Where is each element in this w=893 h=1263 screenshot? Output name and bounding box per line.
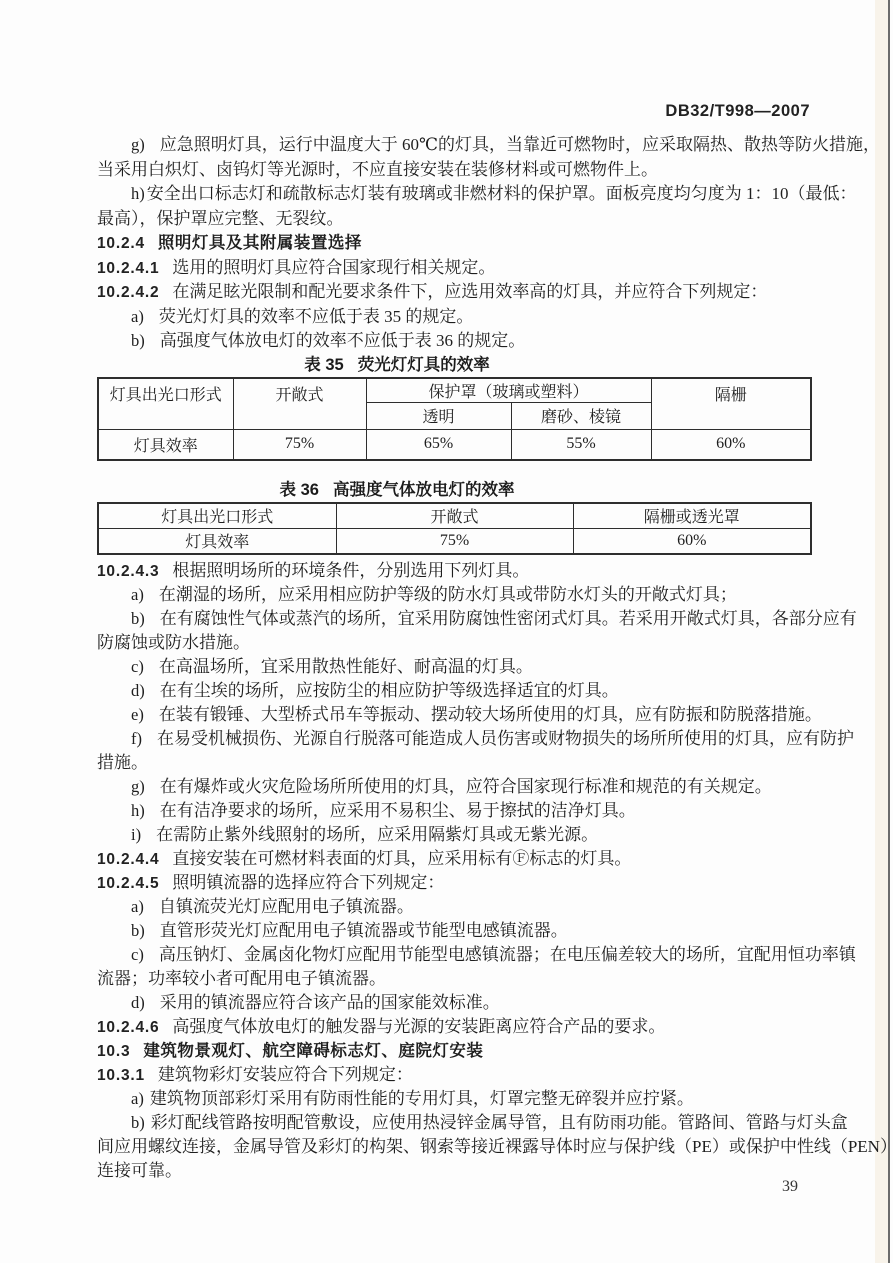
table-35-caption-title: 荧光灯灯具的效率 [358, 356, 490, 374]
line-text: 在有腐蚀性气体或蒸汽的场所，宜采用防腐蚀性密闭式灯具。若采用开敞式灯具，各部分应… [160, 609, 857, 628]
item-label: g) [131, 777, 145, 796]
line-text: 在装有锻锤、大型桥式吊车等振动、摆动较大场所使用的灯具，应有防振和防脱落措施。 [159, 705, 822, 724]
clause-paragraph: 10.2.4.1选用的照明灯具应符合国家现行相关规定。 [97, 256, 810, 281]
table-35-caption: 表 35荧光灯灯具的效率 [97, 354, 697, 376]
line-text: 在易受机械损伤、光源自行脱落可能造成人员伤害或财物损失的场所所使用的灯具，应有防… [157, 729, 854, 748]
line-text: 高压钠灯、金属卤化物灯应配用节能型电感镇流器；在电压偏差较大的场所，宜配用恒功率… [159, 945, 856, 964]
clause-paragraph: 10.2.4.6高强度气体放电灯的触发器与光源的安装距离应符合产品的要求。 [97, 1015, 810, 1039]
clause-number: 10.2.4 [97, 235, 145, 252]
table-36-header-form: 灯具出光口形式 [98, 503, 336, 529]
clause-number: 10.2.4.4 [97, 851, 159, 868]
clause-paragraph: 10.2.4.2在满足眩光限制和配光要求条件下，应选用效率高的灯具，并应符合下列… [97, 280, 810, 305]
list-item: c)在高温场所，宜采用散热性能好、耐高温的灯具。 [97, 655, 810, 679]
item-label: h) [131, 184, 145, 203]
section-heading: 10.2.4照明灯具及其附属装置选择 [97, 231, 810, 256]
body-mid: 10.2.4.3根据照明场所的环境条件，分别选用下列灯具。a)在潮湿的场所，应采… [97, 559, 810, 1183]
line-text: 最高），保护罩应完整、无裂纹。 [97, 209, 344, 228]
line-text: 在有尘埃的场所，应按防尘的相应防护等级选择适宜的灯具。 [160, 681, 619, 700]
page-number: 39 [782, 1178, 798, 1196]
section-heading: 10.3建筑物景观灯、航空障碍标志灯、庭院灯安装 [97, 1039, 810, 1063]
item-label: b) [131, 1113, 145, 1132]
list-item: b)彩灯配线管路按明配管敷设，应使用热浸锌金属导管，且有防雨功能。管路间、管路与… [97, 1111, 810, 1183]
line-text: 建筑物顶部彩灯采用有防雨性能的专用灯具，灯罩完整无碎裂并应拧紧。 [150, 1089, 694, 1108]
line-text: 直接安装在可燃材料表面的灯具，应采用标有Ⓕ标志的灯具。 [172, 849, 631, 868]
line-text: 防腐蚀或防水措施。 [97, 633, 250, 652]
table-row: 灯具效率 75% 65% 55% 60% [98, 429, 811, 460]
table-36-value-louver: 60% [573, 528, 811, 554]
document-content: g)应急照明灯具，运行中温度大于 60℃的灯具，当靠近可燃物时，应采取隔热、散热… [97, 133, 810, 1183]
clause-number: 10.2.4.2 [97, 284, 159, 301]
line-text: 在有爆炸或火灾危险场所所使用的灯具，应符合国家现行标准和规范的有关规定。 [160, 777, 772, 796]
list-item: c)高压钠灯、金属卤化物灯应配用节能型电感镇流器；在电压偏差较大的场所，宜配用恒… [97, 943, 810, 991]
table-35: 灯具出光口形式 开敞式 保护罩（玻璃或塑料） 隔栅 透明 磨砂、棱镜 灯具效率 … [97, 377, 812, 461]
clause-number: 10.2.4.5 [97, 875, 159, 892]
line-text: 在有洁净要求的场所，应采用不易积尘、易于擦拭的洁净灯具。 [160, 801, 636, 820]
list-item: a)建筑物顶部彩灯采用有防雨性能的专用灯具，灯罩完整无碎裂并应拧紧。 [97, 1087, 810, 1111]
line-text: 彩灯配线管路按明配管敷设，应使用热浸锌金属导管，且有防雨功能。管路间、管路与灯头… [151, 1113, 848, 1132]
line-text: 高强度气体放电灯的触发器与光源的安装距离应符合产品的要求。 [172, 1017, 665, 1036]
item-label: a) [131, 307, 144, 326]
list-item: b)高强度气体放电灯的效率不应低于表 36 的规定。 [97, 329, 810, 354]
list-item: h)安全出口标志灯和疏散标志灯装有玻璃或非燃材料的保护罩。面板亮度均匀度为 1：… [97, 182, 810, 231]
line-text: 选用的照明灯具应符合国家现行相关规定。 [172, 258, 495, 277]
document-page: DB32/T998—2007 g)应急照明灯具，运行中温度大于 60℃的灯具，当… [0, 0, 893, 1263]
clause-number: 10.2.4.6 [97, 1019, 159, 1036]
clause-paragraph: 10.2.4.4直接安装在可燃材料表面的灯具，应采用标有Ⓕ标志的灯具。 [97, 847, 810, 871]
clause-paragraph: 10.2.4.5照明镇流器的选择应符合下列规定： [97, 871, 810, 895]
list-item: h)在有洁净要求的场所，应采用不易积尘、易于擦拭的洁净灯具。 [97, 799, 810, 823]
line-text: 在需防止紫外线照射的场所，应采用隔紫灯具或无紫光源。 [156, 825, 598, 844]
table-36-caption: 表 36高强度气体放电灯的效率 [97, 479, 697, 501]
clause-number: 10.3.1 [97, 1067, 145, 1084]
clause-number: 10.2.4.1 [97, 260, 159, 277]
list-item: a)在潮湿的场所，应采用相应防护等级的防水灯具或带防水灯头的开敞式灯具； [97, 583, 810, 607]
line-text: 根据照明场所的环境条件，分别选用下列灯具。 [172, 561, 529, 580]
item-label: a) [131, 585, 144, 604]
list-item: b)直管形荧光灯应配用电子镇流器或节能型电感镇流器。 [97, 919, 810, 943]
list-item: a)荧光灯灯具的效率不应低于表 35 的规定。 [97, 305, 810, 330]
item-label: b) [131, 609, 145, 628]
clause-number: 10.3 [97, 1043, 130, 1060]
item-label: i) [131, 825, 141, 844]
clause-paragraph: 10.2.4.3根据照明场所的环境条件，分别选用下列灯具。 [97, 559, 810, 583]
table-35-header-louver: 隔栅 [651, 378, 811, 430]
list-item: e)在装有锻锤、大型桥式吊车等振动、摆动较大场所使用的灯具，应有防振和防脱落措施… [97, 703, 810, 727]
item-label: b) [131, 331, 145, 350]
item-label: e) [131, 705, 144, 724]
line-text: 照明镇流器的选择应符合下列规定： [172, 873, 444, 892]
table-35-caption-number: 表 35 [304, 356, 343, 374]
table-35-row-label: 灯具效率 [98, 429, 233, 460]
list-item: g)在有爆炸或火灾危险场所所使用的灯具，应符合国家现行标准和规范的有关规定。 [97, 775, 810, 799]
table-35-value-frosted: 55% [511, 429, 651, 460]
line-text: 应急照明灯具，运行中温度大于 60℃的灯具，当靠近可燃物时，应采取隔热、散热等防… [160, 135, 880, 154]
item-label: d) [131, 993, 145, 1012]
item-label: c) [131, 657, 144, 676]
item-label: d) [131, 681, 145, 700]
table-36-row-label: 灯具效率 [98, 528, 336, 554]
line-text: 在满足眩光限制和配光要求条件下，应选用效率高的灯具，并应符合下列规定： [172, 282, 767, 301]
list-item: b)在有腐蚀性气体或蒸汽的场所，宜采用防腐蚀性密闭式灯具。若采用开敞式灯具，各部… [97, 607, 810, 655]
line-text: 直管形荧光灯应配用电子镇流器或节能型电感镇流器。 [160, 921, 568, 940]
list-item: f)在易受机械损伤、光源自行脱落可能造成人员伤害或财物损失的场所所使用的灯具，应… [97, 727, 810, 775]
line-text: 间应用螺纹连接，金属导管及彩灯的构架、钢索等接近裸露导体时应与保护线（PE）或保… [97, 1137, 893, 1156]
line-text: 采用的镇流器应符合该产品的国家能效标准。 [160, 993, 500, 1012]
scan-edge-band [875, 0, 889, 1263]
table-36: 灯具出光口形式 开敞式 隔栅或透光罩 灯具效率 75% 60% [97, 502, 812, 555]
table-35-value-louver: 60% [651, 429, 811, 460]
table-row: 灯具出光口形式 开敞式 隔栅或透光罩 [98, 503, 811, 529]
table-35-header-clear: 透明 [366, 402, 511, 429]
heading-text: 建筑物景观灯、航空障碍标志灯、庭院灯安装 [143, 1042, 483, 1060]
clause-paragraph: 10.3.1建筑物彩灯安装应符合下列规定： [97, 1063, 810, 1087]
table-35-header-frosted: 磨砂、棱镜 [511, 402, 651, 429]
table-35-header-open: 开敞式 [233, 378, 366, 430]
line-text: 高强度气体放电灯的效率不应低于表 36 的规定。 [160, 331, 526, 350]
doc-code: DB32/T998—2007 [665, 102, 810, 120]
list-item: a)自镇流荧光灯应配用电子镇流器。 [97, 895, 810, 919]
table-36-header-open: 开敞式 [336, 503, 573, 529]
table-35-value-clear: 65% [366, 429, 511, 460]
list-item: i)在需防止紫外线照射的场所，应采用隔紫灯具或无紫光源。 [97, 823, 810, 847]
list-item: d)采用的镇流器应符合该产品的国家能效标准。 [97, 991, 810, 1015]
item-label: b) [131, 921, 145, 940]
line-text: 流器；功率较小者可配用电子镇流器。 [97, 969, 386, 988]
line-text: 在潮湿的场所，应采用相应防护等级的防水灯具或带防水灯头的开敞式灯具； [159, 585, 737, 604]
table-36-header-louver: 隔栅或透光罩 [573, 503, 811, 529]
table-35-header-form: 灯具出光口形式 [98, 378, 233, 430]
document-header: DB32/T998—2007 [97, 102, 810, 121]
scan-edge-line [888, 0, 890, 1263]
line-text: 自镇流荧光灯应配用电子镇流器。 [159, 897, 414, 916]
table-35-value-open: 75% [233, 429, 366, 460]
item-label: a) [131, 897, 144, 916]
list-item: d)在有尘埃的场所，应按防尘的相应防护等级选择适宜的灯具。 [97, 679, 810, 703]
line-text: 在高温场所，宜采用散热性能好、耐高温的灯具。 [159, 657, 533, 676]
table-row: 灯具效率 75% 60% [98, 528, 811, 554]
table-35-header-cover: 保护罩（玻璃或塑料） [366, 378, 651, 403]
item-label: f) [131, 729, 142, 748]
clause-number: 10.2.4.3 [97, 563, 159, 580]
item-label: a) [131, 1089, 144, 1108]
item-label: h) [131, 801, 145, 820]
line-text: 建筑物彩灯安装应符合下列规定： [158, 1065, 413, 1084]
line-text: 安全出口标志灯和疏散标志灯装有玻璃或非燃材料的保护罩。面板亮度均匀度为 1：10… [147, 184, 857, 203]
table-36-caption-title: 高强度气体放电灯的效率 [333, 481, 515, 499]
item-label: g) [131, 135, 145, 154]
item-label: c) [131, 945, 144, 964]
body-top: g)应急照明灯具，运行中温度大于 60℃的灯具，当靠近可燃物时，应采取隔热、散热… [97, 133, 810, 354]
line-text: 连接可靠。 [97, 1161, 182, 1180]
line-text: 当采用白炽灯、卤钨灯等光源时，不应直接安装在装修材料或可燃物件上。 [97, 160, 658, 179]
line-text: 措施。 [97, 753, 148, 772]
table-36-caption-number: 表 36 [280, 481, 319, 499]
table-36-value-open: 75% [336, 528, 573, 554]
list-item: g)应急照明灯具，运行中温度大于 60℃的灯具，当靠近可燃物时，应采取隔热、散热… [97, 133, 810, 182]
heading-text: 照明灯具及其附属装置选择 [158, 234, 362, 252]
line-text: 荧光灯灯具的效率不应低于表 35 的规定。 [159, 307, 474, 326]
